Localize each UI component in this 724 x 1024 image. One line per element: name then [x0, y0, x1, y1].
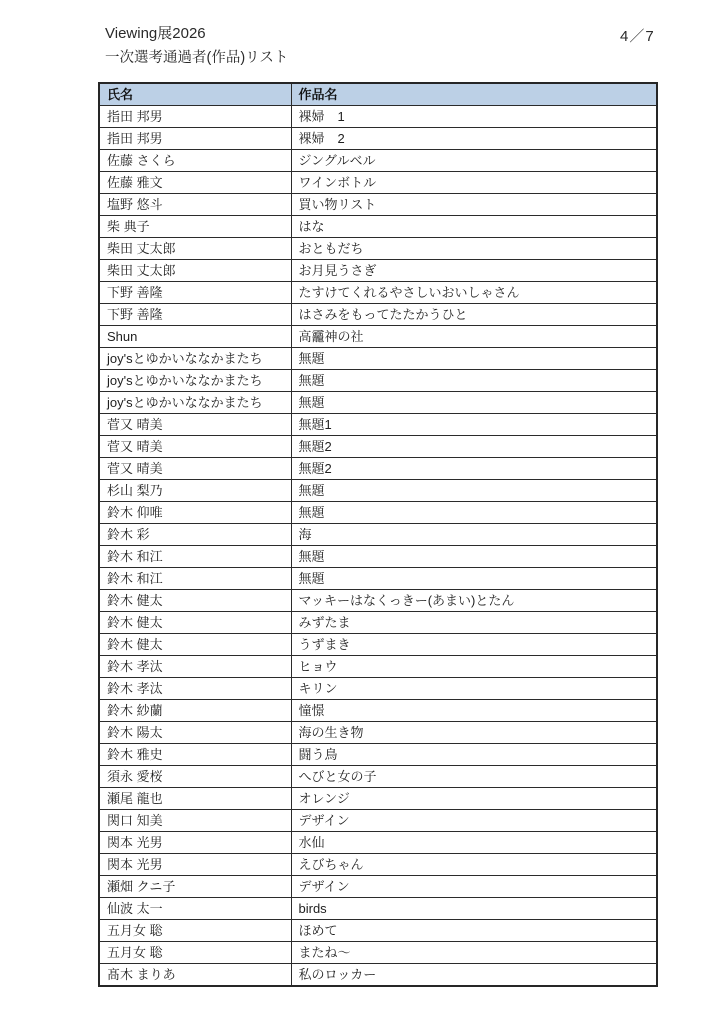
work-cell: ほめて [291, 920, 657, 942]
work-cell: ヒョウ [291, 656, 657, 678]
name-cell: 須永 愛桜 [99, 766, 291, 788]
work-cell: 無題 [291, 348, 657, 370]
passers-table: 氏名 作品名 指田 邦男 裸婦 1 指田 邦男 裸婦 2 佐藤 さくら ジングル… [98, 82, 658, 987]
work-cell: たすけてくれるやさしいおいしゃさん [291, 282, 657, 304]
work-cell: みずたま [291, 612, 657, 634]
table-row: 五月女 聡 またね～ [99, 942, 657, 964]
table-row: 鈴木 和江 無題 [99, 568, 657, 590]
table-row: 瀬畑 クニ子 デザイン [99, 876, 657, 898]
work-cell: デザイン [291, 876, 657, 898]
table-row: 髙木 まりあ 私のロッカー [99, 964, 657, 987]
page-subtitle: 一次選考通過者(作品)リスト [105, 49, 288, 67]
table-row: 柴 典子 はな [99, 216, 657, 238]
name-cell: 鈴木 健太 [99, 612, 291, 634]
table-row: 菅又 晴美 無題1 [99, 414, 657, 436]
table-row: 杉山 梨乃 無題 [99, 480, 657, 502]
name-cell: 関口 知美 [99, 810, 291, 832]
name-cell: 関本 光男 [99, 832, 291, 854]
name-cell: Shun [99, 326, 291, 348]
name-cell: 杉山 梨乃 [99, 480, 291, 502]
table-row: 菅又 晴美 無題2 [99, 458, 657, 480]
work-cell: 海 [291, 524, 657, 546]
name-cell: 指田 邦男 [99, 106, 291, 128]
name-cell: 菅又 晴美 [99, 436, 291, 458]
table-row: 下野 善隆 はさみをもってたたかうひと [99, 304, 657, 326]
name-cell: 下野 善隆 [99, 282, 291, 304]
work-cell: 高龗神の社 [291, 326, 657, 348]
table-row: 鈴木 彩 海 [99, 524, 657, 546]
work-cell: はな [291, 216, 657, 238]
name-cell: 仙波 太一 [99, 898, 291, 920]
table-row: 五月女 聡 ほめて [99, 920, 657, 942]
work-cell: キリン [291, 678, 657, 700]
work-cell: 買い物リスト [291, 194, 657, 216]
name-cell: 鈴木 仰唯 [99, 502, 291, 524]
name-cell: 五月女 聡 [99, 942, 291, 964]
work-cell: ワインボトル [291, 172, 657, 194]
work-cell: お月見うさぎ [291, 260, 657, 282]
work-cell: デザイン [291, 810, 657, 832]
name-cell: joy'sとゆかいななかまたち [99, 348, 291, 370]
name-cell: 佐藤 雅文 [99, 172, 291, 194]
name-cell: 鈴木 孝汰 [99, 678, 291, 700]
table-row: joy'sとゆかいななかまたち 無題 [99, 348, 657, 370]
work-cell: 憧憬 [291, 700, 657, 722]
table-row: 指田 邦男 裸婦 1 [99, 106, 657, 128]
name-cell: 菅又 晴美 [99, 458, 291, 480]
work-cell: 闘う鳥 [291, 744, 657, 766]
work-cell: 無題 [291, 546, 657, 568]
work-cell: birds [291, 898, 657, 920]
name-cell: 五月女 聡 [99, 920, 291, 942]
name-cell: joy'sとゆかいななかまたち [99, 392, 291, 414]
work-cell: 私のロッカー [291, 964, 657, 987]
table-row: 鈴木 和江 無題 [99, 546, 657, 568]
table-row: joy'sとゆかいななかまたち 無題 [99, 370, 657, 392]
name-cell: 鈴木 雅史 [99, 744, 291, 766]
work-cell: はさみをもってたたかうひと [291, 304, 657, 326]
work-cell: 無題 [291, 480, 657, 502]
name-cell: 鈴木 健太 [99, 590, 291, 612]
table-row: 柴田 丈太郎 お月見うさぎ [99, 260, 657, 282]
name-cell: 関本 光男 [99, 854, 291, 876]
work-cell: ジングルベル [291, 150, 657, 172]
work-cell: 無題 [291, 370, 657, 392]
work-cell: 無題 [291, 568, 657, 590]
name-cell: 髙木 まりあ [99, 964, 291, 987]
table-header-row: 氏名 作品名 [99, 83, 657, 106]
table-row: 関本 光男 水仙 [99, 832, 657, 854]
name-cell: 佐藤 さくら [99, 150, 291, 172]
name-cell: 瀬尾 龍也 [99, 788, 291, 810]
table-row: 鈴木 仰唯 無題 [99, 502, 657, 524]
work-cell: えびちゃん [291, 854, 657, 876]
name-cell: 柴 典子 [99, 216, 291, 238]
page-number: 4／7 [620, 25, 655, 46]
work-cell: マッキーはなくっきー(あまい)とたん [291, 590, 657, 612]
table-row: 鈴木 孝汰 ヒョウ [99, 656, 657, 678]
table-row: 須永 愛桜 へびと女の子 [99, 766, 657, 788]
table-row: 菅又 晴美 無題2 [99, 436, 657, 458]
work-cell: 無題2 [291, 458, 657, 480]
name-cell: joy'sとゆかいななかまたち [99, 370, 291, 392]
work-cell: うずまき [291, 634, 657, 656]
name-cell: 菅又 晴美 [99, 414, 291, 436]
table-row: 瀬尾 龍也 オレンジ [99, 788, 657, 810]
work-cell: 無題1 [291, 414, 657, 436]
name-cell: 鈴木 紗蘭 [99, 700, 291, 722]
table-row: 鈴木 健太 マッキーはなくっきー(あまい)とたん [99, 590, 657, 612]
column-header-name: 氏名 [99, 83, 291, 106]
work-cell: またね～ [291, 942, 657, 964]
table-row: 鈴木 雅史 闘う鳥 [99, 744, 657, 766]
name-cell: 瀬畑 クニ子 [99, 876, 291, 898]
name-cell: 鈴木 和江 [99, 546, 291, 568]
name-cell: 柴田 丈太郎 [99, 260, 291, 282]
work-cell: 水仙 [291, 832, 657, 854]
name-cell: 鈴木 彩 [99, 524, 291, 546]
work-cell: 無題 [291, 392, 657, 414]
work-cell: オレンジ [291, 788, 657, 810]
name-cell: 下野 善隆 [99, 304, 291, 326]
table-row: 指田 邦男 裸婦 2 [99, 128, 657, 150]
name-cell: 鈴木 健太 [99, 634, 291, 656]
name-cell: 鈴木 陽太 [99, 722, 291, 744]
name-cell: 塩野 悠斗 [99, 194, 291, 216]
table-row: 塩野 悠斗 買い物リスト [99, 194, 657, 216]
table-row: 鈴木 健太 みずたま [99, 612, 657, 634]
table-row: 鈴木 紗蘭 憧憬 [99, 700, 657, 722]
work-cell: 裸婦 2 [291, 128, 657, 150]
name-cell: 鈴木 和江 [99, 568, 291, 590]
table-row: 鈴木 陽太 海の生き物 [99, 722, 657, 744]
name-cell: 指田 邦男 [99, 128, 291, 150]
table-row: 下野 善隆 たすけてくれるやさしいおいしゃさん [99, 282, 657, 304]
work-cell: 海の生き物 [291, 722, 657, 744]
page-title: Viewing展2026 [105, 25, 206, 43]
table-row: 佐藤 雅文 ワインボトル [99, 172, 657, 194]
table-row: 鈴木 孝汰 キリン [99, 678, 657, 700]
table-row: Shun 高龗神の社 [99, 326, 657, 348]
work-cell: 無題2 [291, 436, 657, 458]
work-cell: 無題 [291, 502, 657, 524]
document-page: Viewing展2026 一次選考通過者(作品)リスト 4／7 氏名 作品名 指… [0, 0, 724, 1024]
table-row: 仙波 太一 birds [99, 898, 657, 920]
table-row: joy'sとゆかいななかまたち 無題 [99, 392, 657, 414]
name-cell: 柴田 丈太郎 [99, 238, 291, 260]
column-header-work: 作品名 [291, 83, 657, 106]
table-row: 鈴木 健太 うずまき [99, 634, 657, 656]
table-row: 柴田 丈太郎 おともだち [99, 238, 657, 260]
work-cell: 裸婦 1 [291, 106, 657, 128]
work-cell: へびと女の子 [291, 766, 657, 788]
table-row: 佐藤 さくら ジングルベル [99, 150, 657, 172]
name-cell: 鈴木 孝汰 [99, 656, 291, 678]
work-cell: おともだち [291, 238, 657, 260]
table-row: 関口 知美 デザイン [99, 810, 657, 832]
table-row: 関本 光男 えびちゃん [99, 854, 657, 876]
